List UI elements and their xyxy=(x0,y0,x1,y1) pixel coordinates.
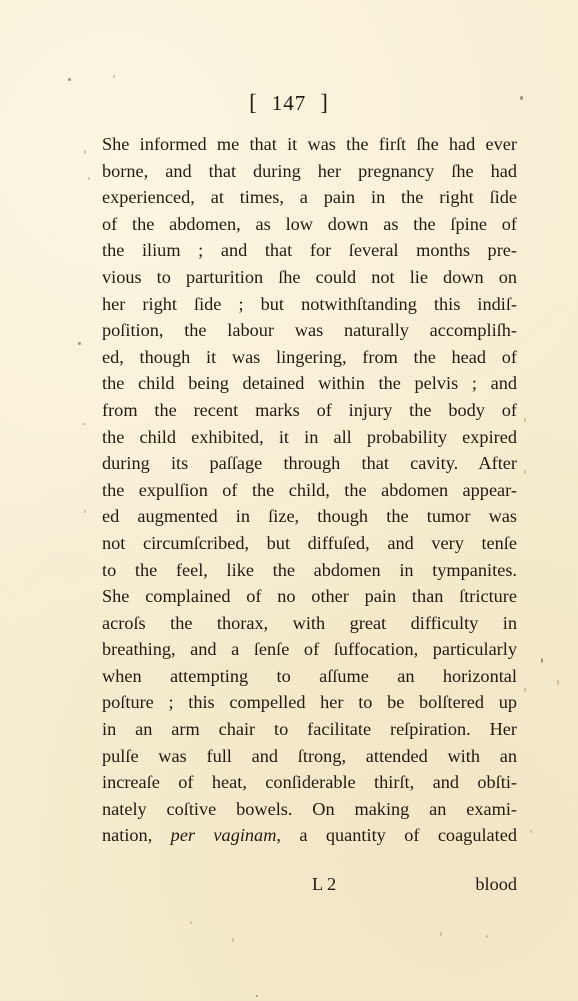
paper-speck xyxy=(557,680,559,685)
paper-speck xyxy=(541,658,543,663)
paper-speck xyxy=(78,342,81,345)
paper-speck xyxy=(113,75,115,78)
signature-mark: L 2 xyxy=(312,874,336,895)
text-line: poſture ; this compelled her to be bolſt… xyxy=(102,689,517,716)
text-line: pulſe was full and ſtrong, attended with… xyxy=(102,743,517,770)
paper-speck xyxy=(524,418,526,422)
text-line: vious to parturition ſhe could not lie d… xyxy=(102,264,517,291)
text-line: poſition, the labour was naturally accom… xyxy=(102,317,517,344)
catchword: blood xyxy=(475,874,517,895)
page-footer: L 2 blood xyxy=(102,874,517,900)
text-line: in an arm chair to facilitate reſpiratio… xyxy=(102,716,517,743)
text-line: the child being detained within the pelv… xyxy=(102,370,517,397)
text-line: the child exhibited, it in all probabili… xyxy=(102,424,517,451)
text-line: She complained of no other pain than ſtr… xyxy=(102,583,517,610)
text-fragment: nation, xyxy=(102,825,171,845)
text-fragment: , a quantity of coagulated xyxy=(276,825,517,845)
paper-speck xyxy=(524,688,526,692)
paper-speck xyxy=(82,423,85,425)
text-line: from the recent marks of injury the body… xyxy=(102,397,517,424)
text-line: not circumſcribed, but diffuſed, and ver… xyxy=(102,530,517,557)
bracket-right: ] xyxy=(320,90,329,116)
text-line: increaſe of heat, conſiderable thirſt, a… xyxy=(102,769,517,796)
paper-speck xyxy=(84,510,86,513)
text-line: when attempting to aſſume an horizontal xyxy=(102,663,517,690)
italic-latin-phrase: per vaginam xyxy=(171,825,277,845)
paper-speck xyxy=(232,938,234,942)
text-line: ed, though it was lingering, from the he… xyxy=(102,344,517,371)
paper-speck xyxy=(520,96,523,100)
paper-speck xyxy=(440,932,442,936)
bracket-left: [ xyxy=(249,90,258,116)
text-line: nately coſtive bowels. On making an exam… xyxy=(102,796,517,823)
paper-speck xyxy=(88,177,90,180)
text-line: the expulſion of the child, the abdomen … xyxy=(102,477,517,504)
page-number: 147 xyxy=(272,91,307,115)
text-line: ed augmented in ſize, though the tumor w… xyxy=(102,503,517,530)
paper-speck xyxy=(68,78,71,81)
text-line: to the feel, like the abdomen in tympani… xyxy=(102,557,517,584)
text-line: experienced, at times, a pain in the rig… xyxy=(102,184,517,211)
text-line: breathing, and a ſenſe of ſuffocation, p… xyxy=(102,636,517,663)
text-line: her right ſide ; but notwithſtanding thi… xyxy=(102,291,517,318)
paper-speck xyxy=(256,995,258,997)
text-line: of the abdomen, as low down as the ſpine… xyxy=(102,211,517,238)
text-line: She informed me that it was the firſt ſh… xyxy=(102,131,517,158)
text-line: during its paſſage through that cavity. … xyxy=(102,450,517,477)
text-line-last: nation, per vaginam, a quantity of coagu… xyxy=(102,822,517,849)
paper-speck xyxy=(486,935,488,938)
body-text: She informed me that it was the firſt ſh… xyxy=(102,131,517,849)
page-header: [147] xyxy=(0,90,578,116)
paper-speck xyxy=(84,150,86,154)
paper-speck xyxy=(190,921,192,924)
paper-speck xyxy=(530,830,532,833)
paper-speck xyxy=(524,470,526,474)
text-line: the ilium ; and that for ſeveral months … xyxy=(102,237,517,264)
text-line: borne, and that during her pregnancy ſhe… xyxy=(102,158,517,185)
text-line: acroſs the thorax, with great difficulty… xyxy=(102,610,517,637)
book-page: [147] She informed me that it was the fi… xyxy=(0,0,578,1001)
